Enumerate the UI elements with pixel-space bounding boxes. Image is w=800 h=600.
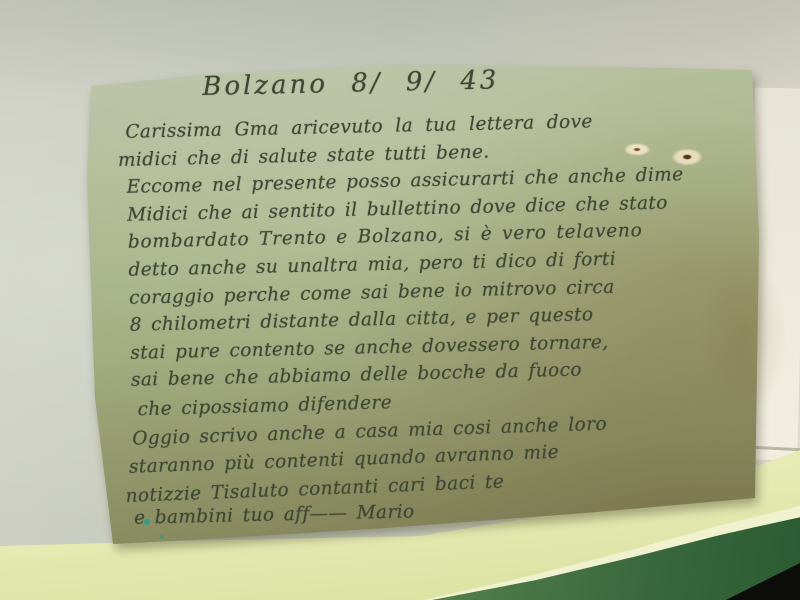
ink-speck-2 — [160, 535, 164, 539]
photograph-of-postcard: Bolzano 8/ 9/ 43 Carissima Gma aricevuto… — [0, 0, 800, 600]
handwritten-letter: Bolzano 8/ 9/ 43 Carissima Gma aricevuto… — [116, 59, 774, 532]
